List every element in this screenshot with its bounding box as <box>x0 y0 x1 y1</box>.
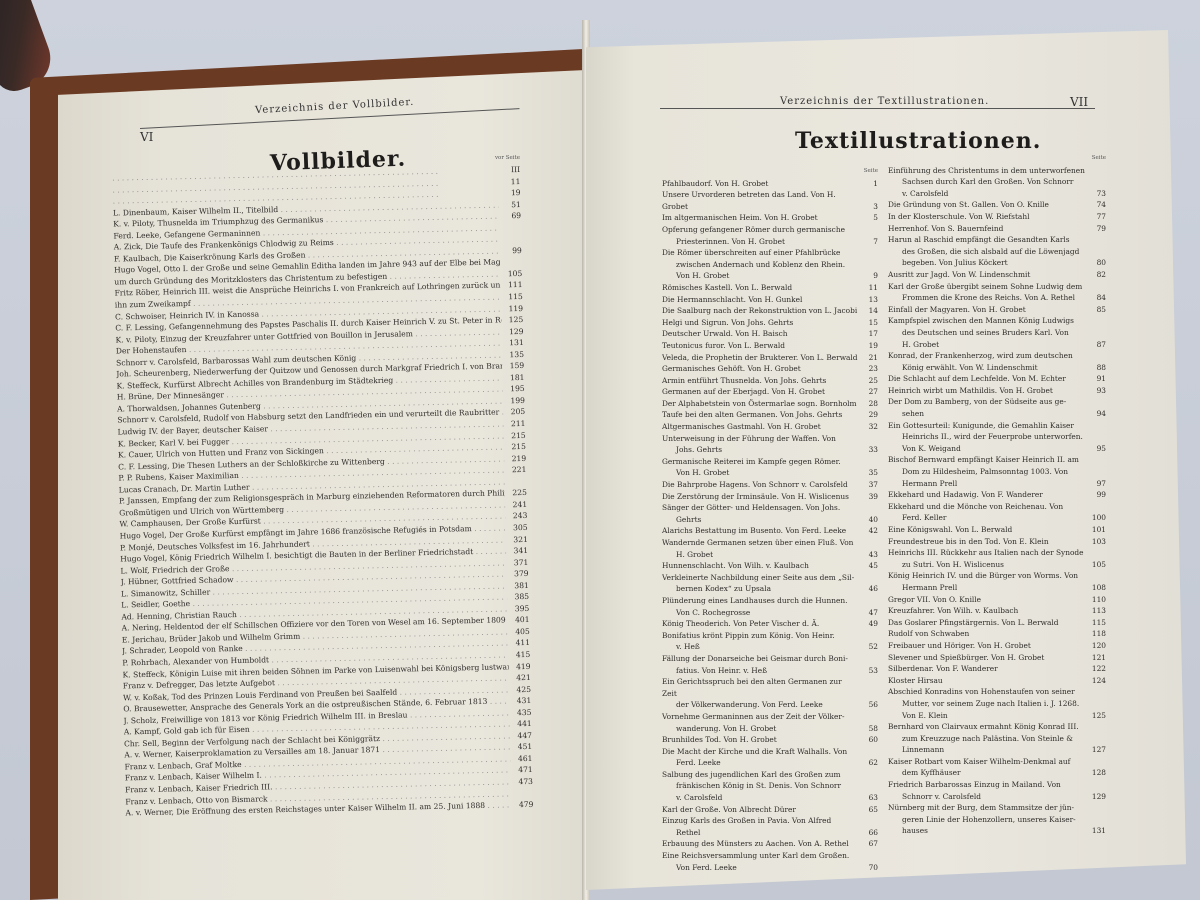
illustration-page-number: 56 <box>858 699 878 711</box>
illustration-title: Verkleinerte Nachbildung einer Seite aus… <box>662 572 858 595</box>
illustration-entry: Brunhildes Tod. Von H. Grobet60 <box>662 734 878 746</box>
illustration-entry: Friedrich Barbarossas Einzug in Mailand.… <box>888 779 1106 802</box>
illustration-title-line: der Völkerwanderung. Von Ferd. Leeke <box>662 699 858 711</box>
right-column-header-b: Seite <box>888 153 1106 165</box>
illustration-title-line: Germanisches Gehöft. Von H. Grobet <box>662 363 858 375</box>
illustration-page-number: 129 <box>1086 791 1106 803</box>
illustration-title: Kampfspiel zwischen den Mannen König Lud… <box>888 315 1086 350</box>
illustration-entry: Fällung der Donarseiche bei Geismar durc… <box>662 653 878 676</box>
illustration-title-line: Armin entführt Thusnelda. Von Johs. Gehr… <box>662 375 858 387</box>
illustration-entry: Die Bahrprobe Hagens. Von Schnorr v. Car… <box>662 479 878 491</box>
illustration-title-line: hauses <box>888 825 1086 837</box>
illustration-page-number: 77 <box>1086 211 1106 223</box>
illustration-title: Die Zerstörung der Irminsäule. Von H. Wi… <box>662 491 858 503</box>
illustration-page-number: 97 <box>1086 478 1106 490</box>
illustration-title-line: Kampfspiel zwischen den Mannen König Lud… <box>888 315 1086 327</box>
plate-page-number: 105 <box>500 268 522 280</box>
illustration-entry: Kampfspiel zwischen den Mannen König Lud… <box>888 315 1106 350</box>
illustration-page-number: 19 <box>858 340 878 352</box>
illustration-title-line: Die Bahrprobe Hagens. Von Schnorr v. Car… <box>662 479 858 491</box>
illustration-title: Friedrich Barbarossas Einzug in Mailand.… <box>888 779 1086 802</box>
illustration-page-number: 53 <box>858 665 878 677</box>
illustration-page-number: 66 <box>858 827 878 839</box>
illustration-entry: Abschied Konradins von Hohenstaufen von … <box>888 686 1106 721</box>
illustration-title: Sänger der Götter- und Heldensagen. Von … <box>662 502 858 525</box>
illustration-entry: Die Saalburg nach der Rekonstruktion von… <box>662 305 878 317</box>
illustration-page-number: 95 <box>1086 443 1106 455</box>
plate-page-number: 385 <box>507 591 529 603</box>
illustration-page-number: 17 <box>858 328 878 340</box>
illustration-entry: Harun al Raschid empfängt die Gesandten … <box>888 234 1106 269</box>
illustration-title: Altgermanisches Gastmahl. Von H. Grobet <box>662 421 858 433</box>
illustration-title: Harun al Raschid empfängt die Gesandten … <box>888 234 1086 269</box>
illustration-title-line: König Theoderich. Von Peter Vischer d. Ä… <box>662 618 858 630</box>
illustration-title-line: Dom zu Hildesheim, Palmsonntag 1003. Von <box>888 466 1086 478</box>
illustration-title-line: Bonifatius krönt Pippin zum König. Von H… <box>662 630 858 642</box>
illustration-entry: Rudolf von Schwaben118 <box>888 628 1106 640</box>
plate-page-number: 473 <box>511 776 533 788</box>
right-column-header-a: Seite <box>662 166 878 178</box>
illustration-page-number: 101 <box>1086 524 1106 536</box>
illustration-title-line: Heinrichs III. Rückkehr aus Italien nach… <box>888 547 1086 559</box>
illustration-title-line: Hunnenschlacht. Von Wilh. v. Kaulbach <box>662 560 858 572</box>
illustration-entry: Gregor VII. Von O. Knille110 <box>888 594 1106 606</box>
illustration-page-number: 124 <box>1086 675 1106 687</box>
illustration-title-line: Gehrts <box>662 514 858 526</box>
illustration-title-line: Linnemann <box>888 744 1086 756</box>
illustration-title-line: Heinrich wirbt um Mathildis. Von H. Grob… <box>888 385 1086 397</box>
illustration-title-line: des Deutschen und seines Bruders Karl. V… <box>888 327 1086 339</box>
illustration-entry: Alarichs Bestattung im Busento. Von Ferd… <box>662 525 878 537</box>
illustration-title-line: v. Carolsfeld <box>888 188 1086 200</box>
plate-page-number: 431 <box>509 695 531 707</box>
illustration-title-line: geren Linie der Hohenzollern, unseres Ka… <box>888 814 1086 826</box>
illustration-title-line: Unsere Urvorderen betreten das Land. Von… <box>662 189 858 212</box>
right-page-title: Textillustrationen. <box>795 128 1041 154</box>
plate-page-number: 199 <box>503 395 525 407</box>
illustration-title: Kloster Hirsau <box>888 675 1086 687</box>
illustration-title: Die Hermannschlacht. Von H. Gunkel <box>662 294 858 306</box>
illustration-title: Die Römer überschreiten auf einer Pfahlb… <box>662 247 858 282</box>
illustration-page-number: 35 <box>858 467 878 479</box>
illustration-entry: Das Goslarer Pfingstärgernis. Von L. Ber… <box>888 617 1106 629</box>
illustration-title: Unsere Urvorderen betreten das Land. Von… <box>662 189 858 212</box>
illustration-title-line: bernen Kodex“ zu Upsala <box>662 583 858 595</box>
plate-page-number: 129 <box>501 326 523 338</box>
illustration-title-line: Ferd. Keller <box>888 512 1086 524</box>
illustration-title: Silberdenar. Von F. Wanderer <box>888 663 1086 675</box>
illustration-title-line: Kreuzfahrer. Von Wilh. v. Kaulbach <box>888 605 1086 617</box>
illustration-title: Einzug Karls des Großen in Pavia. Von Al… <box>662 815 858 838</box>
plate-page-number: 341 <box>506 545 528 557</box>
illustration-page-number: 91 <box>1086 373 1106 385</box>
illustration-page-number: 93 <box>1086 385 1106 397</box>
illustration-page-number: 42 <box>858 525 878 537</box>
illustration-title: Die Bahrprobe Hagens. Von Schnorr v. Car… <box>662 479 858 491</box>
illustration-page-number: 67 <box>858 838 878 850</box>
illustration-entry: Eine Reichsversammlung unter Karl dem Gr… <box>662 850 878 873</box>
illustration-page-number: 82 <box>1086 269 1106 281</box>
plate-page-number: 419 <box>508 660 530 672</box>
illustration-page-number: 11 <box>858 282 878 294</box>
illustration-page-number: 108 <box>1086 582 1106 594</box>
illustration-page-number: 29 <box>858 409 878 421</box>
illustration-title: Römisches Kastell. Von L. Berwald <box>662 282 858 294</box>
illustration-entry: Germanische Reiterei im Kampfe gegen Röm… <box>662 456 878 479</box>
plate-page-number: 19 <box>498 187 520 199</box>
plate-page-number: 195 <box>503 383 525 395</box>
illustration-page-number: 27 <box>858 386 878 398</box>
illustration-title-line: Deutscher Urwald. Von H. Baisch <box>662 328 858 340</box>
illustration-title: Heinrich wirbt um Mathildis. Von H. Grob… <box>888 385 1086 397</box>
illustration-page-number: 63 <box>858 792 878 804</box>
illustration-title: Einfall der Magyaren. Von H. Grobet <box>888 304 1086 316</box>
illustration-page-number: 79 <box>1086 223 1106 235</box>
illustration-page-number: 60 <box>858 734 878 746</box>
illustration-title: Die Macht der Kirche und die Kraft Walha… <box>662 746 858 769</box>
illustration-page-number: 5 <box>858 212 878 224</box>
illustration-title-line: Mutter, vor seinem Zuge nach Italien i. … <box>888 698 1086 710</box>
illustration-title-line: Die Gründung von St. Gallen. Von O. Knil… <box>888 199 1086 211</box>
illustration-entry: Bonifatius krönt Pippin zum König. Von H… <box>662 630 878 653</box>
illustration-entry: Konrad, der Frankenherzog, wird zum deut… <box>888 350 1106 373</box>
illustration-title-line: Nürnberg mit der Burg, dem Stammsitze de… <box>888 802 1086 814</box>
illustration-title-line: Römisches Kastell. Von L. Berwald <box>662 282 858 294</box>
illustration-page-number: 9 <box>858 270 878 282</box>
illustration-entry: Ekkehard und die Mönche von Reichenau. V… <box>888 501 1106 524</box>
illustration-page-number: 118 <box>1086 628 1106 640</box>
illustration-title-line: Harun al Raschid empfängt die Gesandten … <box>888 234 1086 246</box>
illustration-entry: Kaiser Rotbart vom Kaiser Wilhelm-Denkma… <box>888 756 1106 779</box>
illustration-title: Gregor VII. Von O. Knille <box>888 594 1086 606</box>
illustration-title: Deutscher Urwald. Von H. Baisch <box>662 328 858 340</box>
illustration-title-line: Von Ferd. Leeke <box>662 862 858 874</box>
illustration-page-number: 74 <box>1086 199 1106 211</box>
illustration-page-number: 85 <box>1086 304 1106 316</box>
illustration-page-number: 13 <box>858 294 878 306</box>
illustration-title-line: Der Dom zu Bamberg, von der Südseite aus… <box>888 396 1086 408</box>
illustration-page-number: 7 <box>858 236 878 248</box>
plate-page-number: 479 <box>511 799 533 811</box>
plate-page-number: 435 <box>509 707 531 719</box>
illustration-title-line: Ekkehard und die Mönche von Reichenau. V… <box>888 501 1086 513</box>
illustration-page-number: 73 <box>1086 188 1106 200</box>
illustration-title: König Heinrich IV. und die Bürger von Wo… <box>888 570 1086 593</box>
illustration-entry: Die Macht der Kirche und die Kraft Walha… <box>662 746 878 769</box>
plate-page-number: 421 <box>509 672 531 684</box>
plate-page-number: 219 <box>504 453 526 465</box>
illustration-title-line: Schnorr v. Carolsfeld <box>888 791 1086 803</box>
illustration-page-number: 15 <box>858 317 878 329</box>
illustration-title-line: Verkleinerte Nachbildung einer Seite aus… <box>662 572 858 584</box>
illustration-title: Opferung gefangener Römer durch germanis… <box>662 224 858 247</box>
illustration-entry: Ausritt zur Jagd. Von W. Lindenschmit82 <box>888 269 1106 281</box>
illustration-title-line: Ein Gerichtsspruch bei den alten Germane… <box>662 676 858 699</box>
illustration-title-line: Bernhard von Clairvaux ermahnt König Kon… <box>888 721 1086 733</box>
illustration-title: In der Klosterschule. Von W. Riefstahl <box>888 211 1086 223</box>
illustration-entry: Herrenhof. Von S. Bauernfeind79 <box>888 223 1106 235</box>
illustration-title: Kreuzfahrer. Von Wilh. v. Kaulbach <box>888 605 1086 617</box>
illustration-page-number: 94 <box>1086 408 1106 420</box>
plate-page-number: 221 <box>504 464 526 476</box>
illustration-entry: Silberdenar. Von F. Wanderer122 <box>888 663 1106 675</box>
illustration-title-line: Ausritt zur Jagd. Von W. Lindenschmit <box>888 269 1086 281</box>
plate-page-number: 115 <box>501 291 523 303</box>
illustration-title: Erbauung des Münsters zu Aachen. Von A. … <box>662 838 858 850</box>
illustration-entry: Armin entführt Thusnelda. Von Johs. Gehr… <box>662 375 878 387</box>
illustration-title-line: zu Sutri. Von H. Wislicenus <box>888 559 1086 571</box>
illustration-title-line: Fällung der Donarseiche bei Geismar durc… <box>662 653 858 665</box>
illustration-title-line: des Großen, die sich alsbald auf die Löw… <box>888 246 1086 258</box>
illustration-title: Salbung des jugendlichen Karl des Großen… <box>662 769 858 804</box>
plate-page-number: 381 <box>507 580 529 592</box>
illustration-title-line: Gregor VII. Von O. Knille <box>888 594 1086 606</box>
illustration-entry: Der Dom zu Bamberg, von der Südseite aus… <box>888 396 1106 419</box>
illustration-title-line: Abschied Konradins von Hohenstaufen von … <box>888 686 1086 698</box>
illustration-title: Bischof Bernward empfängt Kaiser Heinric… <box>888 454 1086 489</box>
illustration-title-line: Teutonicus furor. Von L. Berwald <box>662 340 858 352</box>
illustration-entry: Freundestreue bis in den Tod. Von E. Kle… <box>888 536 1106 548</box>
illustration-entry: Die Römer überschreiten auf einer Pfahlb… <box>662 247 878 282</box>
illustration-title: Wandernde Germanen setzen über einen Flu… <box>662 537 858 560</box>
left-folio: VI <box>140 130 153 144</box>
illustration-title: König Theoderich. Von Peter Vischer d. Ä… <box>662 618 858 630</box>
illustration-title: Einführung des Christentums in dem unter… <box>888 165 1086 200</box>
illustration-title: Armin entführt Thusnelda. Von Johs. Gehr… <box>662 375 858 387</box>
illustration-title-line: Frommen die Krone des Reichs. Von A. Ret… <box>888 292 1086 304</box>
illustration-page-number: 39 <box>858 491 878 503</box>
illustration-title-line: Helgi und Sigrun. Von Johs. Gehrts <box>662 317 858 329</box>
illustration-title: Heinrichs III. Rückkehr aus Italien nach… <box>888 547 1086 570</box>
illustration-entry: Unterweisung in der Führung der Waffen. … <box>662 433 878 456</box>
illustration-title-line: Unterweisung in der Führung der Waffen. … <box>662 433 858 445</box>
illustration-title: Plünderung eines Landhauses durch die Hu… <box>662 595 858 618</box>
illustration-title-line: Hermann Prell <box>888 582 1086 594</box>
illustration-title: Alarichs Bestattung im Busento. Von Ferd… <box>662 525 858 537</box>
right-header-rule <box>660 108 1095 109</box>
illustration-page-number: 99 <box>1086 489 1106 501</box>
illustration-title-line: Freibauer und Höriger. Von H. Grobet <box>888 640 1086 652</box>
illustration-page-number: 70 <box>858 862 878 874</box>
illustration-page-number: 25 <box>858 375 878 387</box>
illustration-page-number: 40 <box>858 514 878 526</box>
plate-page-number: 215 <box>504 430 526 442</box>
illustration-title-line: zwischen Andernach und Koblenz den Rhein… <box>662 259 858 271</box>
illustration-entry: Heinrichs III. Rückkehr aus Italien nach… <box>888 547 1106 570</box>
illustration-entry: Germanen auf der Eberjagd. Von H. Grobet… <box>662 386 878 398</box>
illustration-title-line: Ekkehard und Hadawig. Von F. Wanderer <box>888 489 1086 501</box>
illustration-title-line: Einzug Karls des Großen in Pavia. Von Al… <box>662 815 858 827</box>
illustration-entry: Römisches Kastell. Von L. Berwald11 <box>662 282 878 294</box>
illustration-title-line: Bischof Bernward empfängt Kaiser Heinric… <box>888 454 1086 466</box>
illustration-title-line: Taufe bei den alten Germanen. Von Johs. … <box>662 409 858 421</box>
illustration-title-line: Pfahlbaudorf. Von H. Grobet <box>662 178 858 190</box>
illustration-title-line: Germanische Reiterei im Kampfe gegen Röm… <box>662 456 858 468</box>
illustration-entry: Einführung des Christentums in dem unter… <box>888 165 1106 200</box>
illustration-title-line: Die Hermannschlacht. Von H. Gunkel <box>662 294 858 306</box>
illustration-title: Taufe bei den alten Germanen. Von Johs. … <box>662 409 858 421</box>
illustration-title-line: Rethel <box>662 827 858 839</box>
illustration-page-number: 21 <box>858 352 878 364</box>
illustration-page-number: 32 <box>858 421 878 433</box>
illustration-title-line: Die Macht der Kirche und die Kraft Walha… <box>662 746 858 758</box>
illustration-entry: Karl der Große. Von Albrecht Dürer65 <box>662 804 878 816</box>
illustration-title: Teutonicus furor. Von L. Berwald <box>662 340 858 352</box>
illustration-title: Im altgermanischen Heim. Von H. Grobet <box>662 212 858 224</box>
illustration-entry: Bernhard von Clairvaux ermahnt König Kon… <box>888 721 1106 756</box>
illustration-title-line: Herrenhof. Von S. Bauernfeind <box>888 223 1086 235</box>
illustration-page-number: 121 <box>1086 652 1106 664</box>
illustration-title-line: begeben. Von Julius Köckert <box>888 257 1086 269</box>
illustration-entry: König Theoderich. Von Peter Vischer d. Ä… <box>662 618 878 630</box>
illustration-entry: Einzug Karls des Großen in Pavia. Von Al… <box>662 815 878 838</box>
plate-page-number: 205 <box>503 406 525 418</box>
illustration-entry: Altgermanisches Gastmahl. Von H. Grobet3… <box>662 421 878 433</box>
illustration-title-line: v. Carolsfeld <box>662 792 858 804</box>
illustration-title-line: Von E. Klein <box>888 710 1086 722</box>
illustration-title: Hunnenschlacht. Von Wilh. v. Kaulbach <box>662 560 858 572</box>
illustration-entry: Opferung gefangener Römer durch germanis… <box>662 224 878 247</box>
plate-page-number: 131 <box>502 337 524 349</box>
plate-page-number: 159 <box>502 360 524 372</box>
illustration-title: Freibauer und Höriger. Von H. Grobet <box>888 640 1086 652</box>
illustration-entry: Veleda, die Prophetin der Brukterer. Von… <box>662 352 878 364</box>
illustration-page-number: 128 <box>1086 767 1106 779</box>
illustration-title: Ausritt zur Jagd. Von W. Lindenschmit <box>888 269 1086 281</box>
illustration-page-number: 88 <box>1086 362 1106 374</box>
textillustrationen-list-left: Seite Pfahlbaudorf. Von H. Grobet1Unsere… <box>662 166 878 873</box>
illustration-title: Ekkehard und die Mönche von Reichenau. V… <box>888 501 1086 524</box>
illustration-entry: Einfall der Magyaren. Von H. Grobet85 <box>888 304 1106 316</box>
plate-page-number: 51 <box>499 199 521 211</box>
illustration-page-number: 3 <box>858 201 878 213</box>
illustration-title-line: Die Schlacht auf dem Lechfelde. Von M. E… <box>888 373 1086 385</box>
illustration-title: Ekkehard und Hadawig. Von F. Wanderer <box>888 489 1086 501</box>
illustration-title-line: Die Saalburg nach der Rekonstruktion von… <box>662 305 858 317</box>
right-running-head: Verzeichnis der Textillustrationen. <box>780 96 989 107</box>
vollbilder-list: III1119L. Dinenbaum, Kaiser Wilhelm II.,… <box>112 164 533 819</box>
illustration-page-number: 105 <box>1086 559 1106 571</box>
illustration-page-number: 120 <box>1086 640 1106 652</box>
plate-page-number: 461 <box>510 753 532 765</box>
illustration-title-line: Eine Reichsversammlung unter Karl dem Gr… <box>662 850 858 862</box>
illustration-title-line: fränkischen König in St. Denis. Von Schn… <box>662 780 858 792</box>
illustration-entry: Die Zerstörung der Irminsäule. Von H. Wi… <box>662 491 878 503</box>
plate-page-number: 395 <box>507 603 529 615</box>
illustration-entry: Die Gründung von St. Gallen. Von O. Knil… <box>888 199 1106 211</box>
left-column-header: vor Seite <box>480 155 520 161</box>
illustration-page-number: 65 <box>858 804 878 816</box>
illustration-entry: Bischof Bernward empfängt Kaiser Heinric… <box>888 454 1106 489</box>
illustration-entry: Ein Gerichtsspruch bei den alten Germane… <box>662 676 878 711</box>
illustration-entry: Helgi und Sigrun. Von Johs. Gehrts15 <box>662 317 878 329</box>
illustration-title-line: H. Grobet <box>662 549 858 561</box>
illustration-title-line: Kaiser Rotbart vom Kaiser Wilhelm-Denkma… <box>888 756 1086 768</box>
illustration-page-number: 58 <box>858 723 878 735</box>
illustration-entry: Taufe bei den alten Germanen. Von Johs. … <box>662 409 878 421</box>
illustration-title-line: Wandernde Germanen setzen über einen Flu… <box>662 537 858 549</box>
illustration-title: Kaiser Rotbart vom Kaiser Wilhelm-Denkma… <box>888 756 1086 779</box>
illustration-title: Slevener und Spießbürger. Von H. Grobet <box>888 652 1086 664</box>
illustration-title-line: Slevener und Spießbürger. Von H. Grobet <box>888 652 1086 664</box>
illustration-page-number: 84 <box>1086 292 1106 304</box>
illustration-title-line: v. Heß <box>662 641 858 653</box>
illustration-title-line: Heinrichs II., wird der Feuerprobe unter… <box>888 431 1086 443</box>
plate-page-number: 411 <box>508 637 530 649</box>
illustration-title: Herrenhof. Von S. Bauernfeind <box>888 223 1086 235</box>
illustration-title-line: sehen <box>888 408 1086 420</box>
illustration-title: Eine Königswahl. Von L. Berwald <box>888 524 1086 536</box>
plate-page-number: 371 <box>506 557 528 569</box>
illustration-title: Karl der Große. Von Albrecht Dürer <box>662 804 858 816</box>
illustration-entry: Slevener und Spießbürger. Von H. Grobet1… <box>888 652 1106 664</box>
illustration-title: Vornehme Germaninnen aus der Zeit der Vö… <box>662 711 858 734</box>
illustration-title: Unterweisung in der Führung der Waffen. … <box>662 433 858 456</box>
illustration-title-line: Johs. Gehrts <box>662 444 858 456</box>
illustration-title-line: Silberdenar. Von F. Wanderer <box>888 663 1086 675</box>
illustration-title-line: Kloster Hirsau <box>888 675 1086 687</box>
plate-page-number: 99 <box>500 245 522 257</box>
illustration-title-line: Altgermanisches Gastmahl. Von H. Grobet <box>662 421 858 433</box>
illustration-title: Pfahlbaudorf. Von H. Grobet <box>662 178 858 190</box>
illustration-title-line: dem Kyffhäuser <box>888 767 1086 779</box>
illustration-page-number: 46 <box>858 583 878 595</box>
illustration-title: Karl der Große übergibt seinem Sohne Lud… <box>888 281 1086 304</box>
illustration-page-number: 103 <box>1086 536 1106 548</box>
plate-page-number: 415 <box>508 649 530 661</box>
illustration-title: Bernhard von Clairvaux ermahnt König Kon… <box>888 721 1086 756</box>
illustration-title-line: Priesterinnen. Von H. Grobet <box>662 236 858 248</box>
illustration-title: Brunhildes Tod. Von H. Grobet <box>662 734 858 746</box>
illustration-title: Freundestreue bis in den Tod. Von E. Kle… <box>888 536 1086 548</box>
illustration-title-line: Veleda, die Prophetin der Brukterer. Von… <box>662 352 858 364</box>
plate-page-number: 119 <box>501 303 523 315</box>
illustration-entry: Ekkehard und Hadawig. Von F. Wanderer99 <box>888 489 1106 501</box>
illustration-title-line: Die Römer überschreiten auf einer Pfahlb… <box>662 247 858 259</box>
plate-page-number: 305 <box>506 522 528 534</box>
illustration-page-number: 1 <box>858 178 878 190</box>
illustration-title: Germanische Reiterei im Kampfe gegen Röm… <box>662 456 858 479</box>
illustration-title: Veleda, die Prophetin der Brukterer. Von… <box>662 352 858 364</box>
right-folio: VII <box>1070 95 1088 109</box>
illustration-page-number: 52 <box>858 641 878 653</box>
illustration-page-number: 127 <box>1086 744 1106 756</box>
illustration-title-line: Von H. Grobet <box>662 270 858 282</box>
illustration-page-number: 113 <box>1086 605 1106 617</box>
illustration-title: Germanen auf der Eberjagd. Von H. Grobet <box>662 386 858 398</box>
illustration-entry: Wandernde Germanen setzen über einen Flu… <box>662 537 878 560</box>
plate-page-number: 111 <box>500 279 522 291</box>
illustration-page-number: 43 <box>858 549 878 561</box>
illustration-page-number: 100 <box>1086 512 1106 524</box>
illustration-entry: Erbauung des Münsters zu Aachen. Von A. … <box>662 838 878 850</box>
plate-page-number: 243 <box>505 510 527 522</box>
textillustrationen-list-right: Seite Einführung des Christentums in dem… <box>888 153 1106 837</box>
illustration-title: Die Saalburg nach der Rekonstruktion von… <box>662 305 858 317</box>
illustration-entry: Kreuzfahrer. Von Wilh. v. Kaulbach113 <box>888 605 1106 617</box>
illustration-title-line: In der Klosterschule. Von W. Riefstahl <box>888 211 1086 223</box>
illustration-entry: Teutonicus furor. Von L. Berwald19 <box>662 340 878 352</box>
plate-page-number: 401 <box>507 614 529 626</box>
illustration-title-line: Sänger der Götter- und Heldensagen. Von … <box>662 502 858 514</box>
plate-page-number: 441 <box>510 718 532 730</box>
illustration-title-line: Opferung gefangener Römer durch germanis… <box>662 224 858 236</box>
plate-page-number: 69 <box>499 210 521 222</box>
plate-page-number: 215 <box>504 441 526 453</box>
illustration-title-line: König Heinrich IV. und die Bürger von Wo… <box>888 570 1086 582</box>
illustration-title-line: Von K. Weigand <box>888 443 1086 455</box>
plate-page-number: 447 <box>510 730 532 742</box>
